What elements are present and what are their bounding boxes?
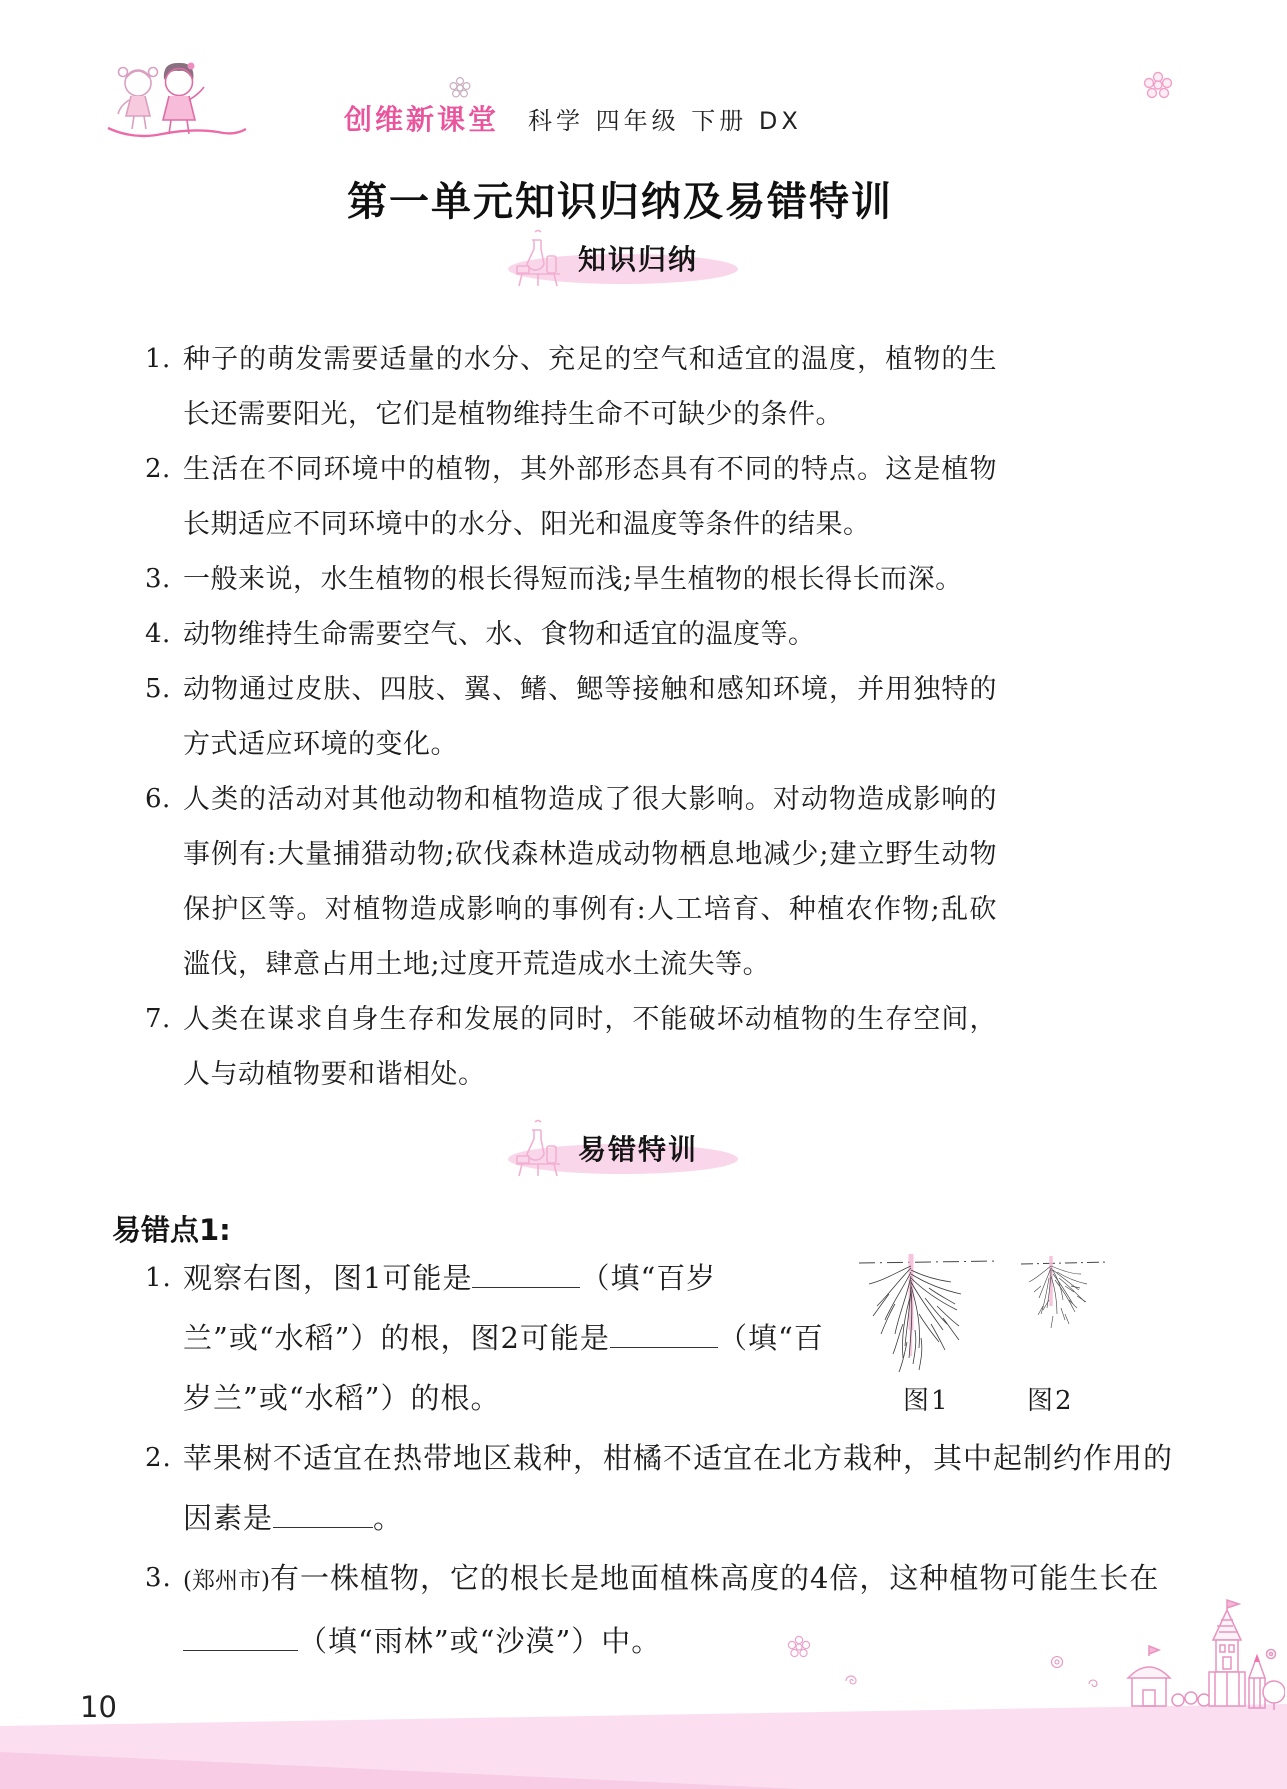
item-number: 5.: [145, 662, 171, 717]
root-figure-1: [857, 1254, 1001, 1384]
badge-knowledge-label: 知识归纳: [578, 243, 698, 276]
item-number: 1.: [145, 332, 171, 387]
mistake-point-heading: 易错点1:: [112, 1208, 231, 1249]
question-2: 2.苹果树不适宜在热带地区栽种，柑橘不适宜在北方栽种，其中起制约作用的因素是。: [115, 1428, 1195, 1548]
knowledge-item: 5.动物通过皮肤、四肢、翼、鳍、鳃等接触和感知环境，并用独特的方式适应环境的变化…: [115, 662, 997, 772]
figure-2-label: 图2: [1027, 1380, 1074, 1417]
knowledge-item: 2.生活在不同环境中的植物，其外部形态具有不同的特点。这是植物长期适应不同环境中…: [115, 442, 997, 552]
knowledge-item: 1.种子的萌发需要适量的水分、充足的空气和适宜的温度，植物的生长还需要阳光，它们…: [115, 332, 997, 442]
lab-desk-icon: [510, 228, 566, 288]
knowledge-item: 4.动物维持生命需要空气、水、食物和适宜的温度等。: [115, 607, 997, 662]
blank-line: [472, 1255, 580, 1288]
question-source-tag: (郑州市): [183, 1568, 270, 1594]
blank-line: [273, 1495, 373, 1528]
castle-scene-illustration: [1035, 1598, 1285, 1718]
page-title: 第一单元知识归纳及易错特训: [0, 170, 1240, 227]
question-3: 3.(郑州市)有一株植物，它的根长是地面植株高度的4倍，这种植物可能生长在（填“…: [115, 1548, 1195, 1671]
root-figure-2: [1019, 1256, 1111, 1348]
blank-line: [183, 1618, 298, 1651]
workbook-page: 创维新课堂 科学 四年级 下册 DX 第一单元知识归纳及易错特训: [0, 0, 1287, 1789]
item-number: 4.: [145, 607, 171, 662]
pink-flower-icon: [1142, 70, 1174, 102]
item-text: 生活在不同环境中的植物，其外部形态具有不同的特点。这是植物长期适应不同环境中的水…: [183, 454, 997, 540]
item-text: 动物维持生命需要空气、水、食物和适宜的温度等。: [183, 619, 816, 650]
question-number: 2.: [145, 1428, 172, 1488]
question-text: （填“雨林”或“沙漠”）中。: [298, 1624, 661, 1658]
item-text: 人类的活动对其他动物和植物造成了很大影响。对动物造成影响的事例有:大量捕猎动物;…: [183, 784, 997, 980]
question-number: 1.: [145, 1248, 172, 1308]
question-text: 有一株植物，它的根长是地面植株高度的4倍，这种植物可能生长在: [270, 1561, 1159, 1595]
mascot-kids-illustration: [100, 56, 250, 144]
swirl-doodle: [842, 1670, 860, 1688]
question-text: 。: [373, 1501, 403, 1535]
knowledge-item: 3.一般来说，水生植物的根长得短而浅;旱生植物的根长得长而深。: [115, 552, 997, 607]
item-text: 人类在谋求自身生存和发展的同时，不能破坏动植物的生存空间，人与动植物要和谐相处。: [183, 1004, 997, 1090]
small-flower-doodle: [786, 1634, 812, 1660]
page-number: 10: [80, 1690, 117, 1724]
brand-logo-text: 创维新课堂: [344, 98, 499, 138]
lab-desk-icon: [510, 1118, 566, 1178]
item-number: 6.: [145, 772, 171, 827]
item-text: 一般来说，水生植物的根长得短而浅;旱生植物的根长得长而深。: [183, 564, 963, 595]
item-text: 动物通过皮肤、四肢、翼、鳍、鳃等接触和感知环境，并用独特的方式适应环境的变化。: [183, 674, 997, 760]
section-badge-mistake: 易错特训: [0, 1122, 1240, 1170]
header-subject-text: 科学 四年级 下册 DX: [528, 101, 802, 136]
item-text: 种子的萌发需要适量的水分、充足的空气和适宜的温度，植物的生长还需要阳光，它们是植…: [183, 344, 997, 430]
item-number: 7.: [145, 992, 171, 1047]
item-number: 3.: [145, 552, 171, 607]
knowledge-item: 6.人类的活动对其他动物和植物造成了很大影响。对动物造成影响的事例有:大量捕猎动…: [115, 772, 997, 992]
small-flower-icon: [448, 76, 472, 100]
section-badge-knowledge: 知识归纳: [0, 232, 1240, 280]
question-text: 观察右图，图1可能是: [183, 1261, 472, 1295]
knowledge-list: 1.种子的萌发需要适量的水分、充足的空气和适宜的温度，植物的生长还需要阳光，它们…: [115, 332, 997, 1102]
question-number: 3.: [145, 1548, 172, 1608]
item-number: 2.: [145, 442, 171, 497]
question-list: 1.观察右图，图1可能是（填“百岁兰”或“水稻”）的根，图2可能是（填“百岁兰”…: [115, 1248, 1195, 1671]
figure-1-label: 图1: [903, 1380, 950, 1417]
blank-line: [610, 1315, 718, 1348]
badge-mistake-label: 易错特训: [578, 1133, 698, 1166]
knowledge-item: 7.人类在谋求自身生存和发展的同时，不能破坏动植物的生存空间，人与动植物要和谐相…: [115, 992, 997, 1102]
